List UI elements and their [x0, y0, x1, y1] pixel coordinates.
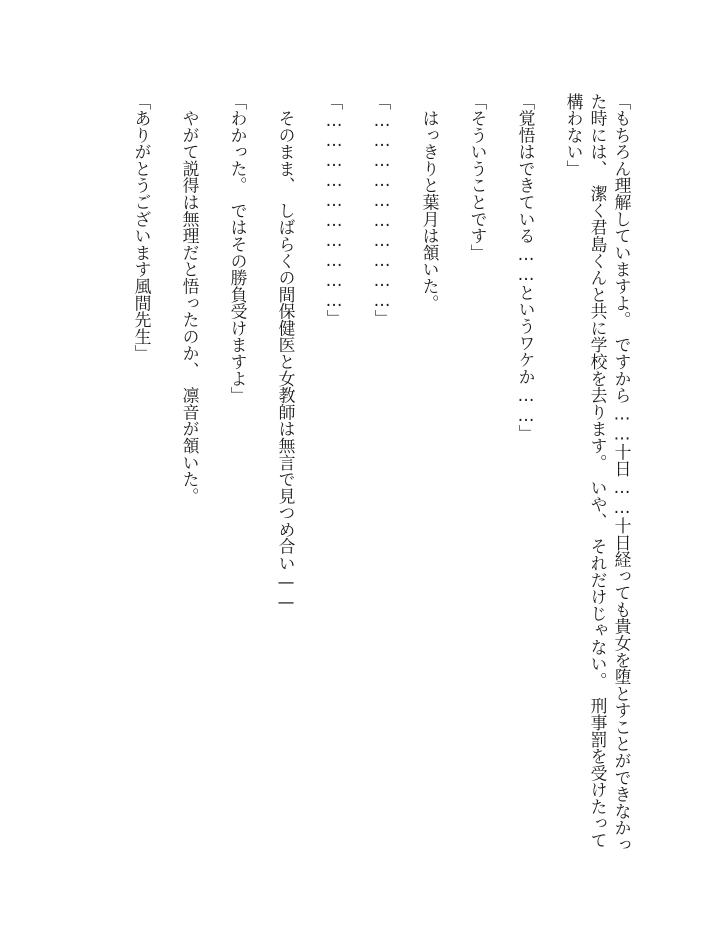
dialogue-paragraph: 「ありがとうございます風間先生」 [130, 93, 154, 853]
dialogue-paragraph: 「もちろん理解していますよ。 ですから……十日……十日経っても貴女を堕とすことが… [562, 93, 634, 853]
narration-paragraph: はっきりと葉月は頷いた。 [418, 93, 442, 853]
page: 「もちろん理解していますよ。 ですから……十日……十日経っても貴女を堕とすことが… [0, 0, 720, 932]
dialogue-paragraph: 「わかった。 ではその勝負受けますよ」 [226, 93, 250, 853]
narration-paragraph: そのまま、 しばらくの間保健医と女教師は無言で見つめ合い—— [274, 93, 298, 853]
dialogue-paragraph: 「そういうことです」 [466, 93, 490, 853]
dialogue-paragraph: 「…………………………」 [370, 93, 394, 853]
narration-paragraph: やがて説得は無理だと悟ったのか、 凛音が頷いた。 [178, 93, 202, 853]
dialogue-paragraph: 「…………………………」 [322, 93, 346, 853]
vertical-text-body: 「もちろん理解していますよ。 ですから……十日……十日経っても貴女を堕とすことが… [130, 93, 634, 853]
dialogue-paragraph: 「覚悟はできている……というワケか……」 [514, 93, 538, 853]
